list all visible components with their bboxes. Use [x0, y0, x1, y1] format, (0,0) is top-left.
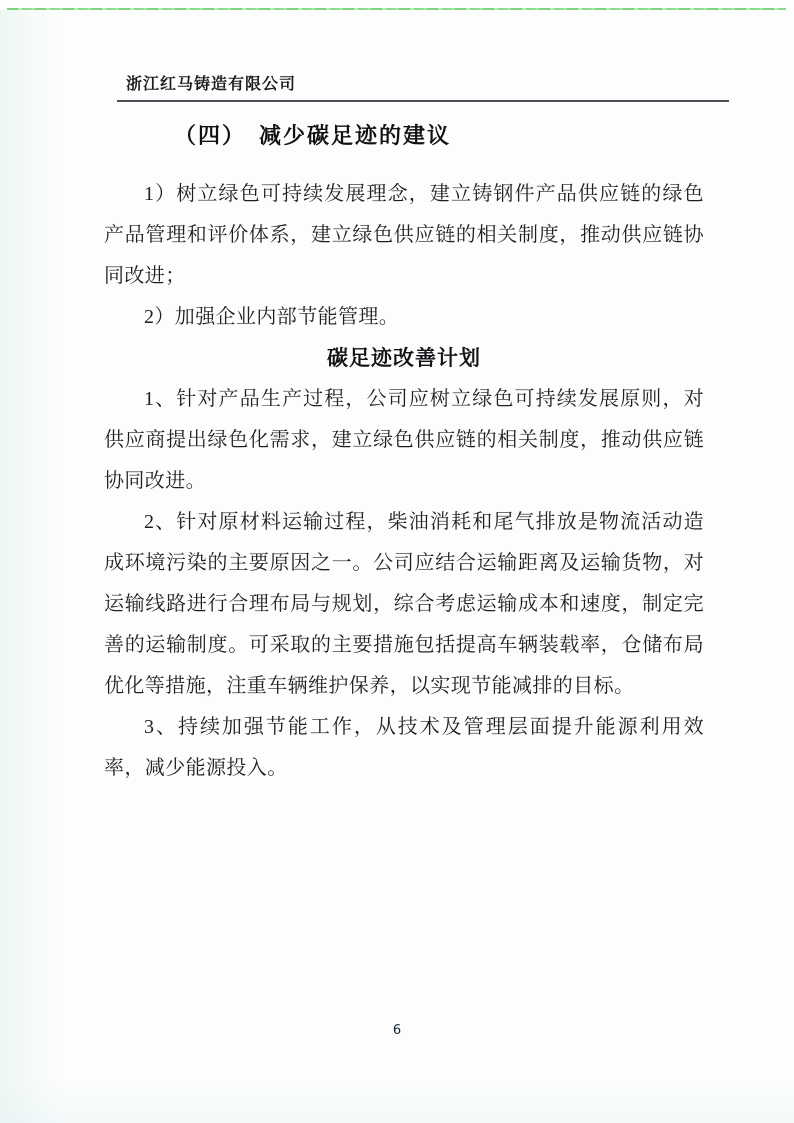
plan-paragraph-3: 3、持续加强节能工作，从技术及管理层面提升能源利用效率，减少能源投入。 — [104, 707, 704, 789]
section-title: （四） 减少碳足迹的建议 — [174, 122, 704, 150]
plan-heading: 碳足迹改善计划 — [104, 338, 704, 379]
plan-paragraph-2: 2、针对原材料运输过程，柴油消耗和尾气排放是物流活动造成环境污染的主要原因之一。… — [104, 502, 704, 707]
document-body: （四） 减少碳足迹的建议 1）树立绿色可持续发展理念，建立铸钢件产品供应链的绿色… — [104, 0, 704, 789]
scan-edge-artifact-left — [0, 10, 60, 1123]
suggestion-paragraph-2: 2）加强企业内部节能管理。 — [104, 297, 704, 338]
page-number: 6 — [0, 1023, 794, 1038]
document-page: 浙江红马铸造有限公司 （四） 减少碳足迹的建议 1）树立绿色可持续发展理念，建立… — [0, 0, 794, 1123]
plan-paragraph-1: 1、针对产品生产过程，公司应树立绿色可持续发展原则，对供应商提出绿色化需求，建立… — [104, 379, 704, 502]
suggestion-paragraph-1: 1）树立绿色可持续发展理念，建立铸钢件产品供应链的绿色产品管理和评价体系，建立绿… — [104, 174, 704, 297]
scan-edge-artifact-bottom — [0, 1077, 794, 1123]
